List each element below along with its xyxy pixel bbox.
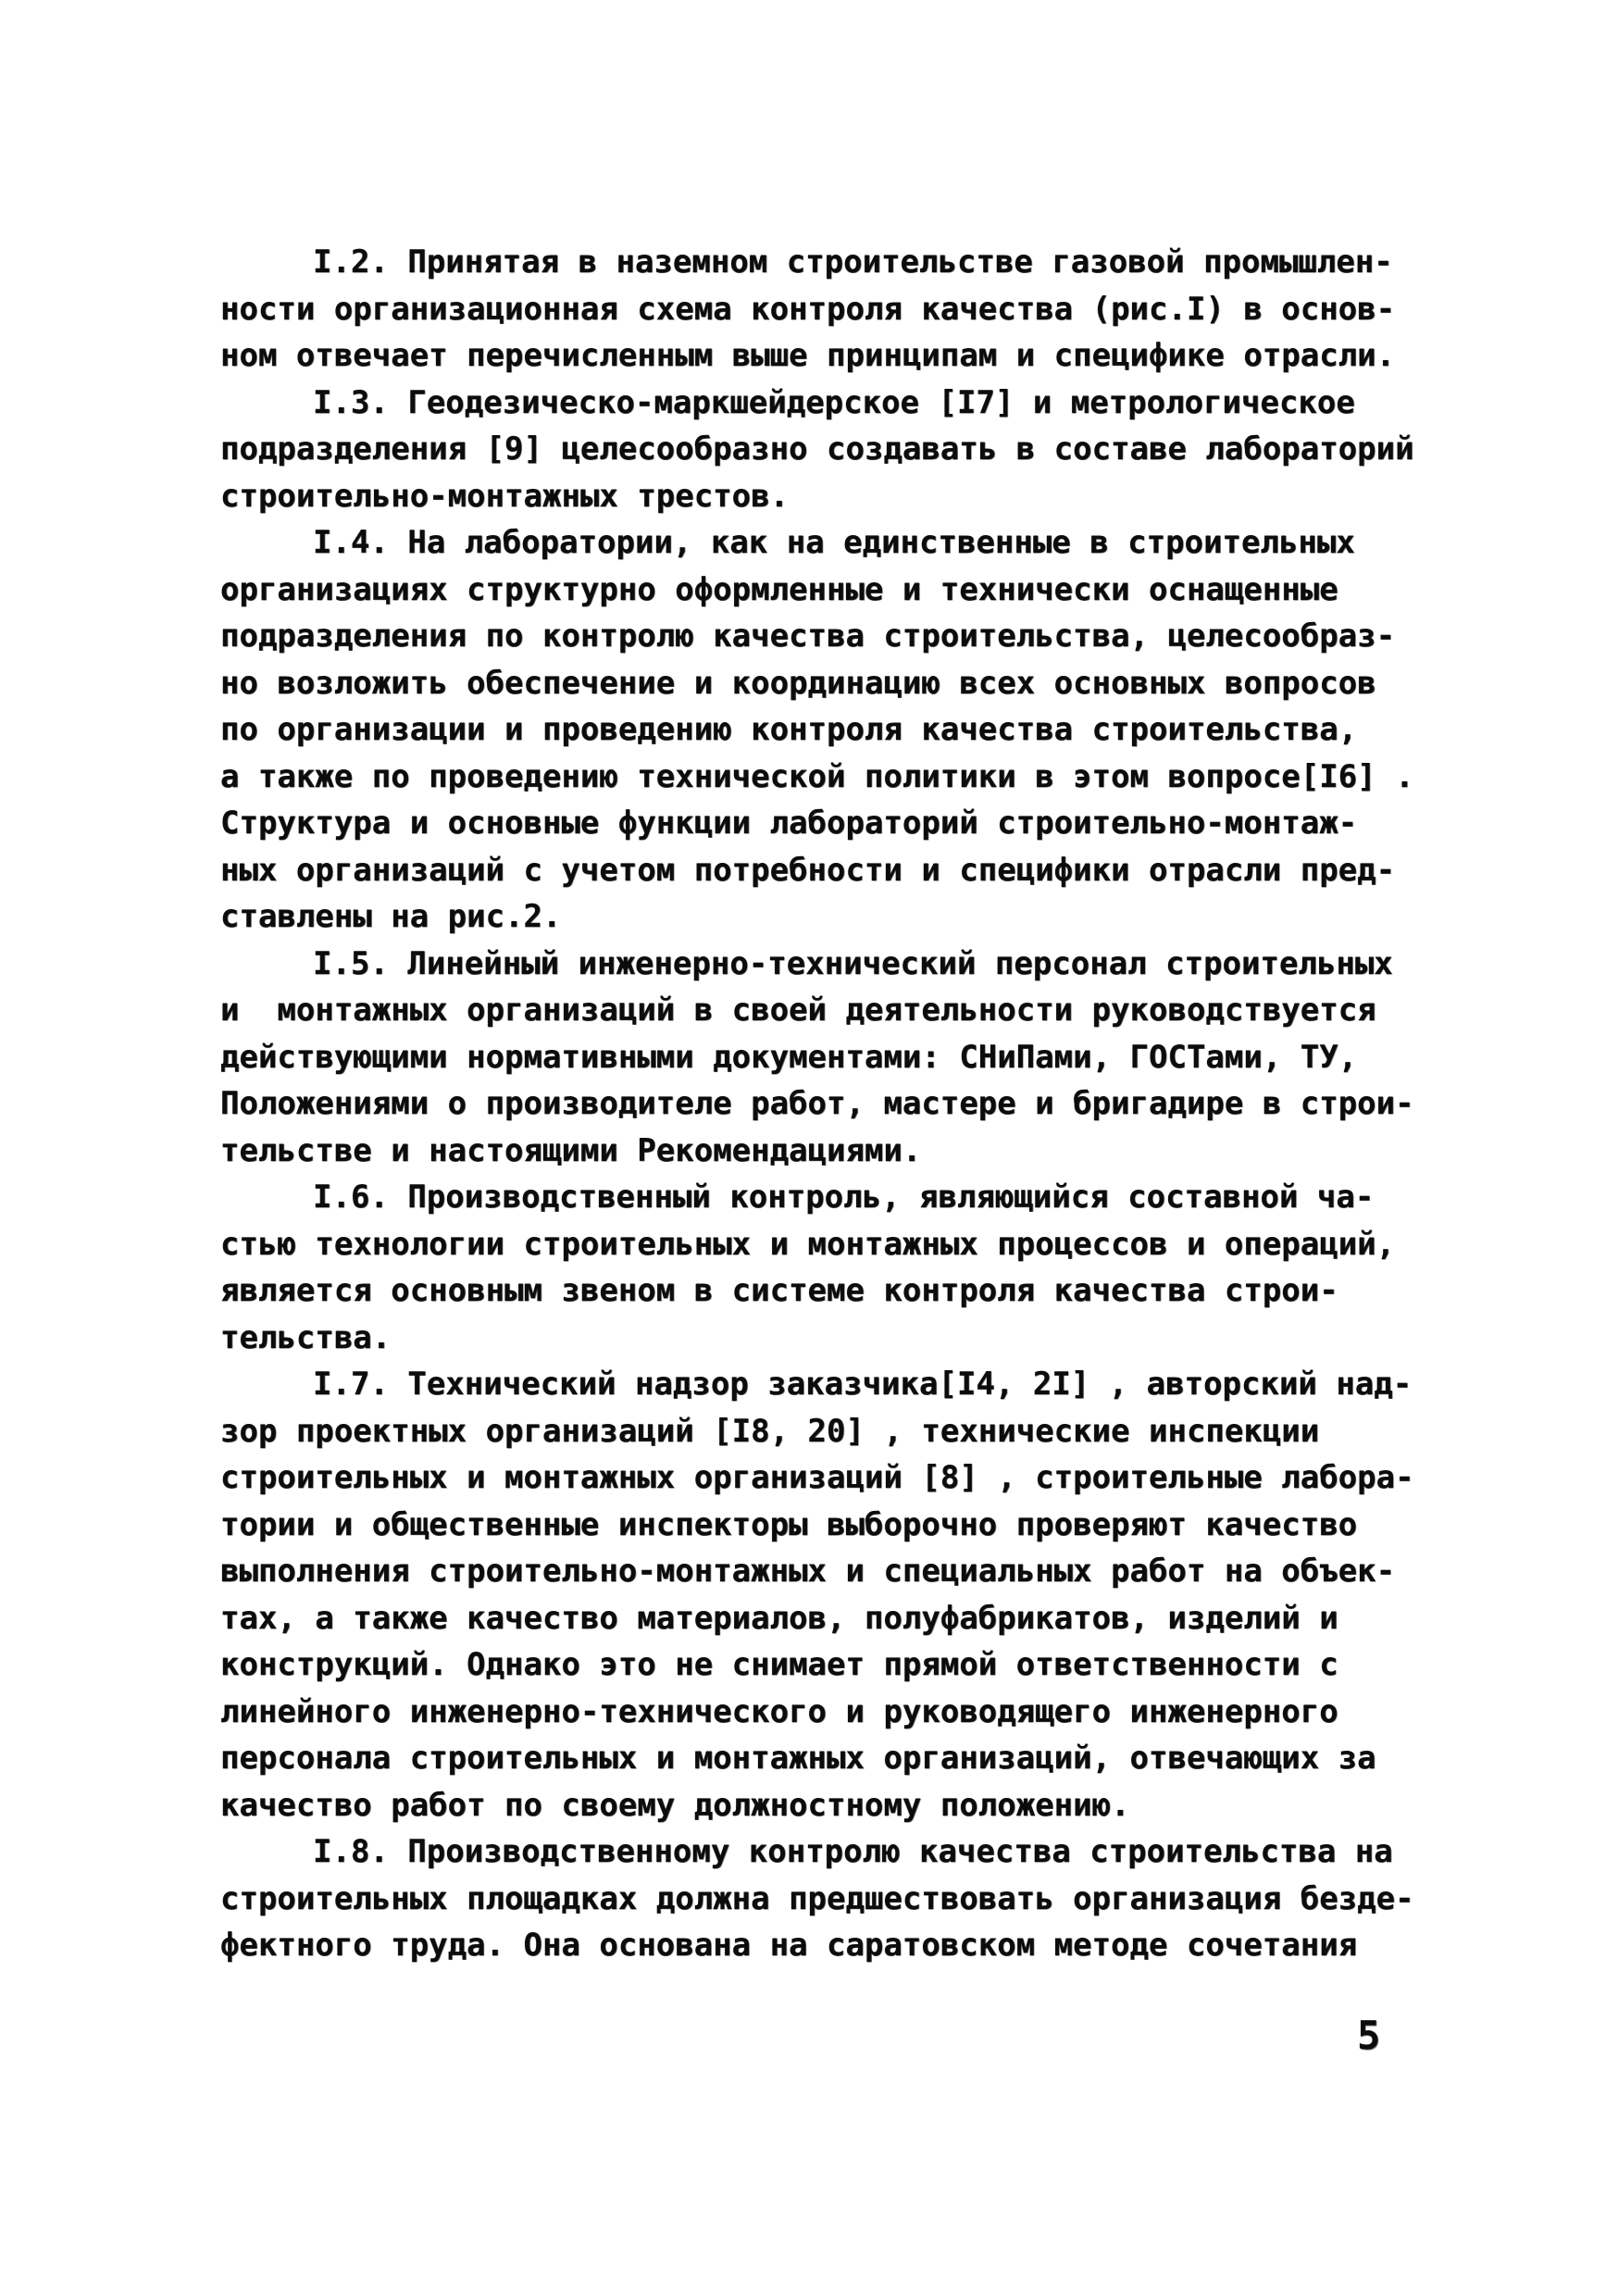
text-line: организациях структурно оформленные и те…	[220, 567, 1424, 614]
text-line: тах, а также качество материалов, полуфа…	[220, 1595, 1424, 1642]
text-line: тельства.	[220, 1315, 1424, 1362]
text-line: качество работ по своему должностному по…	[220, 1782, 1424, 1829]
text-line: конструкций. Однако это не снимает прямо…	[220, 1641, 1424, 1689]
text-line: но возложить обеспечение и координацию в…	[220, 660, 1424, 707]
text-line: линейного инженерно-технического и руков…	[220, 1689, 1424, 1736]
text-line: I.6. Производственный контроль, являющий…	[220, 1174, 1424, 1221]
text-line: тории и общественные инспекторы выборочн…	[220, 1502, 1424, 1549]
text-line: выполнения строительно-монтажных и специ…	[220, 1548, 1424, 1595]
text-line: I.7. Технический надзор заказчика[I4, 2I…	[220, 1361, 1424, 1408]
text-line: персонала строительных и монтажных орган…	[220, 1735, 1424, 1782]
text-line: фектного труда. Она основана на саратовс…	[220, 1922, 1424, 1969]
text-line: I.5. Линейный инженерно-технический перс…	[220, 941, 1424, 988]
page-number: 5	[1357, 2015, 1380, 2057]
text-line: I.4. На лаборатории, как на единственные…	[220, 519, 1424, 567]
text-line: а также по проведению технической полити…	[220, 754, 1424, 801]
text-line: и монтажных организаций в своей деятельн…	[220, 987, 1424, 1034]
text-line: I.3. Геодезическо-маркшейдерское [I7] и …	[220, 380, 1424, 427]
text-line: I.8. Производственному контролю качества…	[220, 1828, 1424, 1876]
text-line: Структура и основные функции лабораторий…	[220, 800, 1424, 847]
text-line: ности организационная схема контроля кач…	[220, 286, 1424, 333]
text-line: по организации и проведению контроля кач…	[220, 706, 1424, 754]
text-line: действующими нормативными документами: С…	[220, 1034, 1424, 1081]
text-line: ных организаций с учетом потребности и с…	[220, 847, 1424, 894]
text-line: I.2. Принятая в наземном строительстве г…	[220, 239, 1424, 286]
text-line: является основным звеном в системе контр…	[220, 1267, 1424, 1315]
document-page: I.2. Принятая в наземном строительстве г…	[0, 0, 1618, 2296]
body-text: I.2. Принятая в наземном строительстве г…	[220, 239, 1424, 1969]
text-line: стью технологии строительных и монтажных…	[220, 1221, 1424, 1268]
text-line: ном отвечает перечисленным выше принципа…	[220, 332, 1424, 380]
text-line: строительных площадках должна предшество…	[220, 1876, 1424, 1923]
text-line: Положениями о производителе работ, масте…	[220, 1080, 1424, 1128]
text-line: ставлены на рис.2.	[220, 893, 1424, 941]
text-line: подразделения [9] целесообразно создават…	[220, 426, 1424, 473]
text-line: строительно-монтажных трестов.	[220, 473, 1424, 520]
text-line: тельстве и настоящими Рекомендациями.	[220, 1128, 1424, 1175]
text-line: подразделения по контролю качества строи…	[220, 613, 1424, 660]
text-line: строительных и монтажных организаций [8]…	[220, 1454, 1424, 1502]
text-line: зор проектных организаций [I8, 20] , тех…	[220, 1408, 1424, 1455]
